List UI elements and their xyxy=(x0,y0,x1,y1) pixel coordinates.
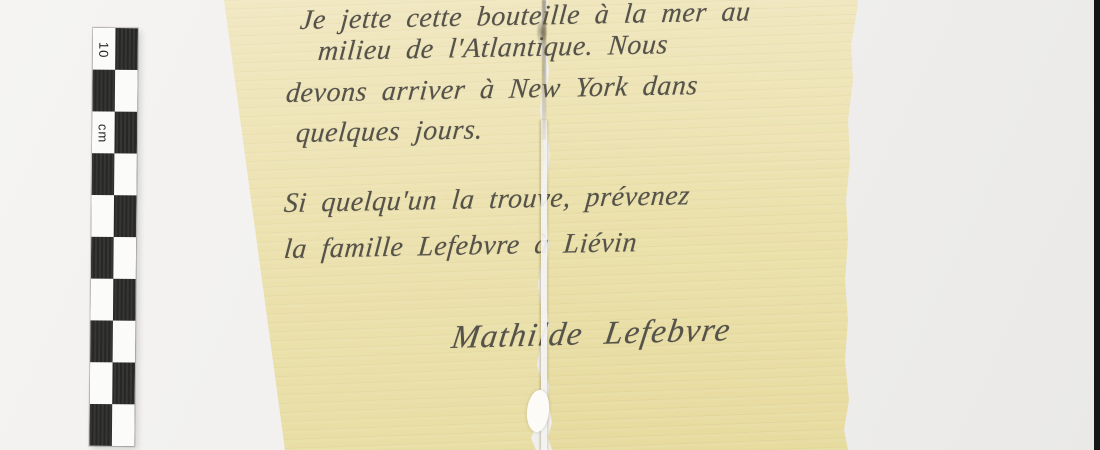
letter-text-layer: Je jette cette bouteille à la mer au mil… xyxy=(0,0,1100,450)
letter-line-5: Si quelqu'un la trouve, prévenez xyxy=(282,176,691,224)
letter-signature: Mathilde Lefebvre xyxy=(449,310,734,358)
letter-line-4: quelques jours. xyxy=(294,110,485,154)
letter-line-3: devons arriver à New York dans xyxy=(284,66,699,114)
letter-line-6: la famille Lefebvre à Liévin xyxy=(282,223,639,270)
letter-line-2: milieu de l'Atlantique. Nous xyxy=(316,25,670,72)
photo-of-torn-letter: 10 cm Je jette cette bouteille à la mer … xyxy=(0,0,1100,450)
paper-tear-stain xyxy=(534,14,550,50)
frame-edge-bar xyxy=(1094,0,1100,450)
